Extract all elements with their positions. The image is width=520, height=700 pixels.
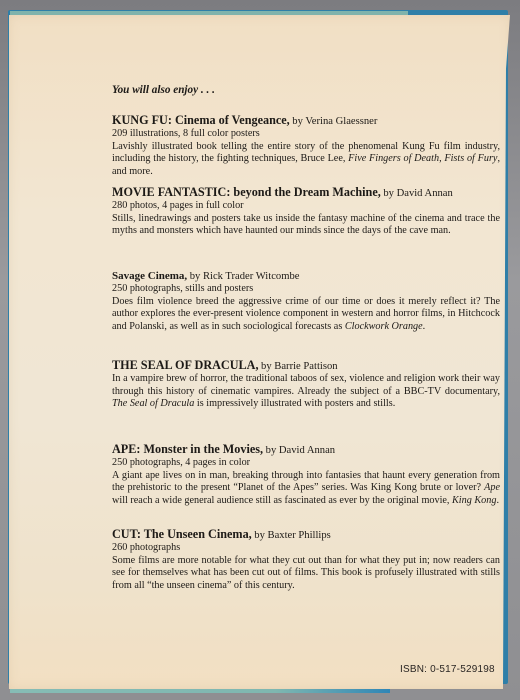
book-title: APE: Monster in the Movies, [112,442,263,456]
book-entry-savage-cinema: Savage Cinema, by Rick Trader Witcombe 2… [112,269,500,333]
book-description: Lavishly illustrated book telling the en… [112,141,500,178]
book-description: Does film violence breed the aggressive … [112,296,500,333]
book-author: by David Annan [383,188,452,199]
book-entry-seal-of-dracula: THE SEAL OF DRACULA, by Barrie Pattison … [112,358,500,411]
book-specs: 250 photographs, 4 pages in color [112,457,500,469]
book-entry-kung-fu: KUNG FU: Cinema of Vengeance, by Verina … [112,113,500,178]
book-entry-movie-fantastic: MOVIE FANTASTIC: beyond the Dream Machin… [112,185,500,238]
book-title: MOVIE FANTASTIC: beyond the Dream Machin… [112,185,381,199]
book-specs: 209 illustrations, 8 full color posters [112,128,500,140]
book-entry-cut: CUT: The Unseen Cinema, by Baxter Philli… [112,527,500,592]
book-description: In a vampire brew of horror, the traditi… [112,373,500,410]
book-description: Some films are more notable for what the… [112,555,500,592]
isbn-number: ISBN: 0-517-529198 [400,664,495,675]
book-title: Savage Cinema, [112,270,187,282]
book-author: by Baxter Phillips [254,530,331,541]
book-title: THE SEAL OF DRACULA, [112,358,259,372]
book-list: You will also enjoy . . . KUNG FU: Cinem… [112,84,504,118]
book-description: A giant ape lives on in man, breaking th… [112,470,500,507]
book-author: by Barrie Pattison [261,361,338,372]
book-entry-ape: APE: Monster in the Movies, by David Ann… [112,442,500,507]
book-author: by Verina Glaessner [292,116,377,127]
book-title: CUT: The Unseen Cinema, [112,527,252,541]
book-specs: 250 photographs, stills and posters [112,283,500,295]
book-specs: 280 photos, 4 pages in full color [112,200,500,212]
book-author: by David Annan [266,445,335,456]
intro-heading: You will also enjoy . . . [112,84,504,96]
cover-bottom-edge [10,689,390,693]
book-title: KUNG FU: Cinema of Vengeance, [112,113,290,127]
book-author: by Rick Trader Witcombe [190,271,300,282]
book-specs: 260 photographs [112,542,500,554]
book-description: Stills, linedrawings and posters take us… [112,213,500,238]
